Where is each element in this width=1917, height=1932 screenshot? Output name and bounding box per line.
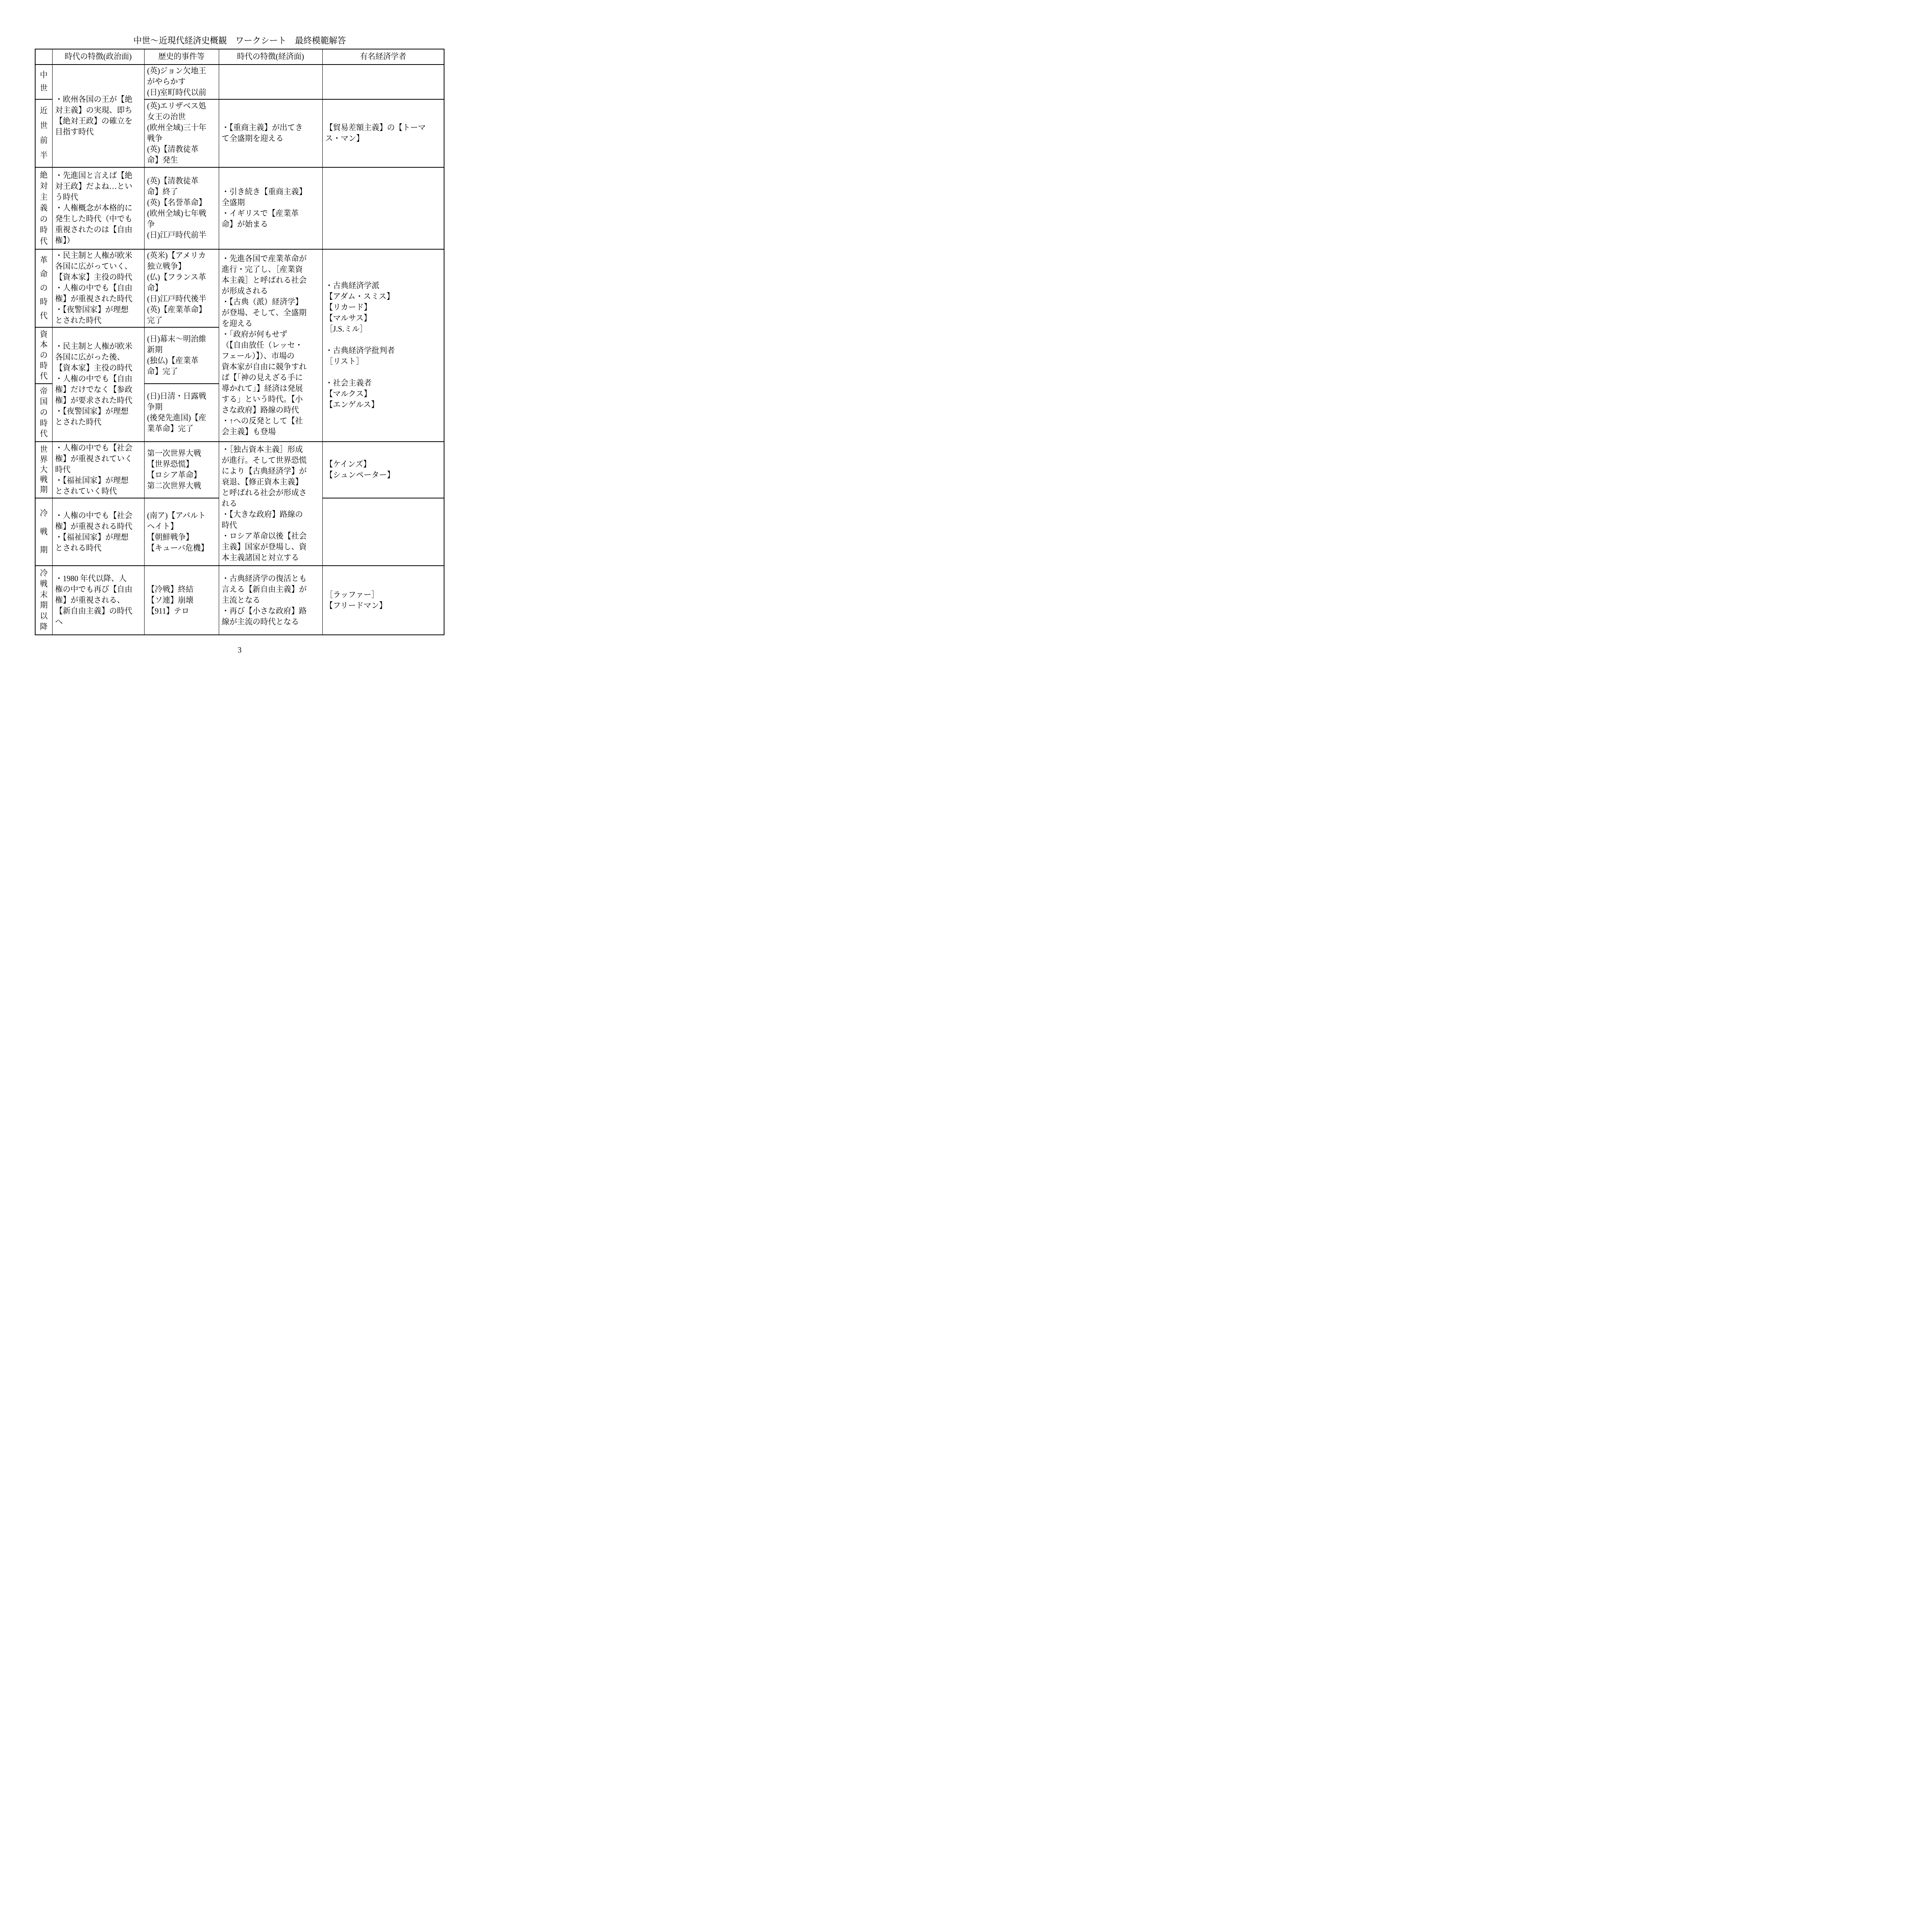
cell-empire-events: (日)日清・日露戦 争期 (後発先進国)【産 業革命】完了	[144, 384, 219, 442]
cell-late-coldwar-economic: ・古典経済学の復活とも 言える【新自由主義】が 主流となる ・再び【小さな政府】…	[219, 566, 322, 635]
cell-rev-cap-emp-economic: ・先進各国で産業革命が 進行・完了し、［産業資 本主義］と呼ばれる社会 が形成さ…	[219, 249, 322, 442]
era-late-coldwar: 冷戦末期以降	[35, 566, 52, 635]
era-worldwars: 世界大戦期	[35, 442, 52, 498]
cell-worldwars-economists: 【ケインズ】 【シュンペーター】	[322, 442, 444, 498]
header-political: 時代の特徴(政治面)	[52, 49, 144, 65]
header-events: 歴史的事件等	[144, 49, 219, 65]
cell-absolutism-economists	[322, 167, 444, 249]
row-late-coldwar: 冷戦末期以降 ・1980 年代以降、人 権の中でも再び【自由 権】が重視される、…	[35, 566, 444, 635]
cell-revolution-political: ・民主制と人権が欧米 各国に広がっていく、 【資本家】主役の時代 ・人権の中でも…	[52, 249, 144, 327]
cell-rev-cap-emp-economists: ・古典経済学派 【アダム・スミス】 【リカード】 【マルサス】 ［J.S.ミル］…	[322, 249, 444, 442]
cell-medieval-economic	[219, 65, 322, 99]
header-era	[35, 49, 52, 65]
era-earlymodern: 近世前半	[35, 99, 52, 167]
cell-revolution-events: (英米)【アメリカ 独立戦争】 (仏)【フランス革 命】 (日)江戸時代後半 (…	[144, 249, 219, 327]
cell-cap-emp-political: ・民主制と人権が欧米 各国に広がった後、 【資本家】主役の時代 ・人権の中でも【…	[52, 327, 144, 442]
header-economic: 時代の特徴(経済面)	[219, 49, 322, 65]
era-medieval: 中世	[35, 65, 52, 99]
era-capital: 資本の時代	[35, 327, 52, 384]
header-economists: 有名経済学者	[322, 49, 444, 65]
era-coldwar: 冷戦期	[35, 498, 52, 566]
cell-late-coldwar-economists: ［ラッファー］ 【フリードマン】	[322, 566, 444, 635]
cell-earlymodern-events: (英)エリザベス処 女王の治世 (欧州全域)三十年 戦争 (英)【清教徒革 命】…	[144, 99, 219, 167]
era-empire: 帝国の時代	[35, 384, 52, 442]
cell-coldwar-economists	[322, 498, 444, 566]
cell-absolutism-events: (英)【清教徒革 命】終了 (英)【名誉革命】 (欧州全域)七年戦 争 (日)江…	[144, 167, 219, 249]
cell-ww-cw-economic: ・［独占資本主義］形成 が進行。そして世界恐慌 により【古典経済学】が 衰退、【…	[219, 442, 322, 566]
cell-earlymodern-economists: 【貿易差額主義】の【トーマ ス・マン】	[322, 99, 444, 167]
cell-coldwar-events: (南ア)【アパルト ヘイト】 【朝鮮戦争】 【キューバ危機】	[144, 498, 219, 566]
cell-late-coldwar-political: ・1980 年代以降、人 権の中でも再び【自由 権】が重視される、 【新自由主義…	[52, 566, 144, 635]
cell-late-coldwar-events: 【冷戦】終結 【ソ連】崩壊 【911】テロ	[144, 566, 219, 635]
cell-worldwars-political: ・人権の中でも【社会 権】が重視されていく 時代 ・【福祉国家】が理想 とされて…	[52, 442, 144, 498]
header-row: 時代の特徴(政治面) 歴史的事件等 時代の特徴(経済面) 有名経済学者	[35, 49, 444, 65]
era-absolutism: 絶対主義の時代	[35, 167, 52, 249]
cell-absolutism-economic: ・引き続き【重商主義】 全盛期 ・イギリスで【産業革 命】が始まる	[219, 167, 322, 249]
row-medieval: 中世 ・欧州各国の王が【絶 対主義】の実現、即ち 【絶対王政】の確立を 目指す時…	[35, 65, 444, 99]
cell-absolutism-political: ・先進国と言えば【絶 対王政】だよね…とい う時代 ・人権概念が本格的に 発生し…	[52, 167, 144, 249]
cell-worldwars-events: 第一次世界大戦 【世界恐慌】 【ロシア革命】 第二次世界大戦	[144, 442, 219, 498]
cell-medieval-earlymodern-political: ・欧州各国の王が【絶 対主義】の実現、即ち 【絶対王政】の確立を 目指す時代	[52, 65, 144, 167]
cell-capital-events: (日)幕末〜明治維 新期 (独仏)【産業革 命】完了	[144, 327, 219, 384]
row-worldwars: 世界大戦期 ・人権の中でも【社会 権】が重視されていく 時代 ・【福祉国家】が理…	[35, 442, 444, 498]
page-title: 中世〜近現代経済史概観 ワークシート 最終模範解答	[0, 36, 479, 46]
cell-medieval-economists	[322, 65, 444, 99]
cell-coldwar-political: ・人権の中でも【社会 権】が重視される時代 ・【福祉国家】が理想 とされる時代	[52, 498, 144, 566]
row-absolutism: 絶対主義の時代 ・先進国と言えば【絶 対王政】だよね…とい う時代 ・人権概念が…	[35, 167, 444, 249]
cell-earlymodern-economic: ・【重商主義】が出てき て全盛期を迎える	[219, 99, 322, 167]
history-worksheet-table: 時代の特徴(政治面) 歴史的事件等 時代の特徴(経済面) 有名経済学者 中世 ・…	[35, 49, 444, 635]
page-number: 3	[0, 646, 479, 655]
era-revolution: 革命の時代	[35, 249, 52, 327]
row-revolution: 革命の時代 ・民主制と人権が欧米 各国に広がっていく、 【資本家】主役の時代 ・…	[35, 249, 444, 327]
worksheet-page: { "page": { "title": "中世〜近現代経済史概観 ワークシート…	[0, 0, 479, 678]
cell-medieval-events: (英)ジョン欠地王 がやらかす (日)室町時代以前	[144, 65, 219, 99]
